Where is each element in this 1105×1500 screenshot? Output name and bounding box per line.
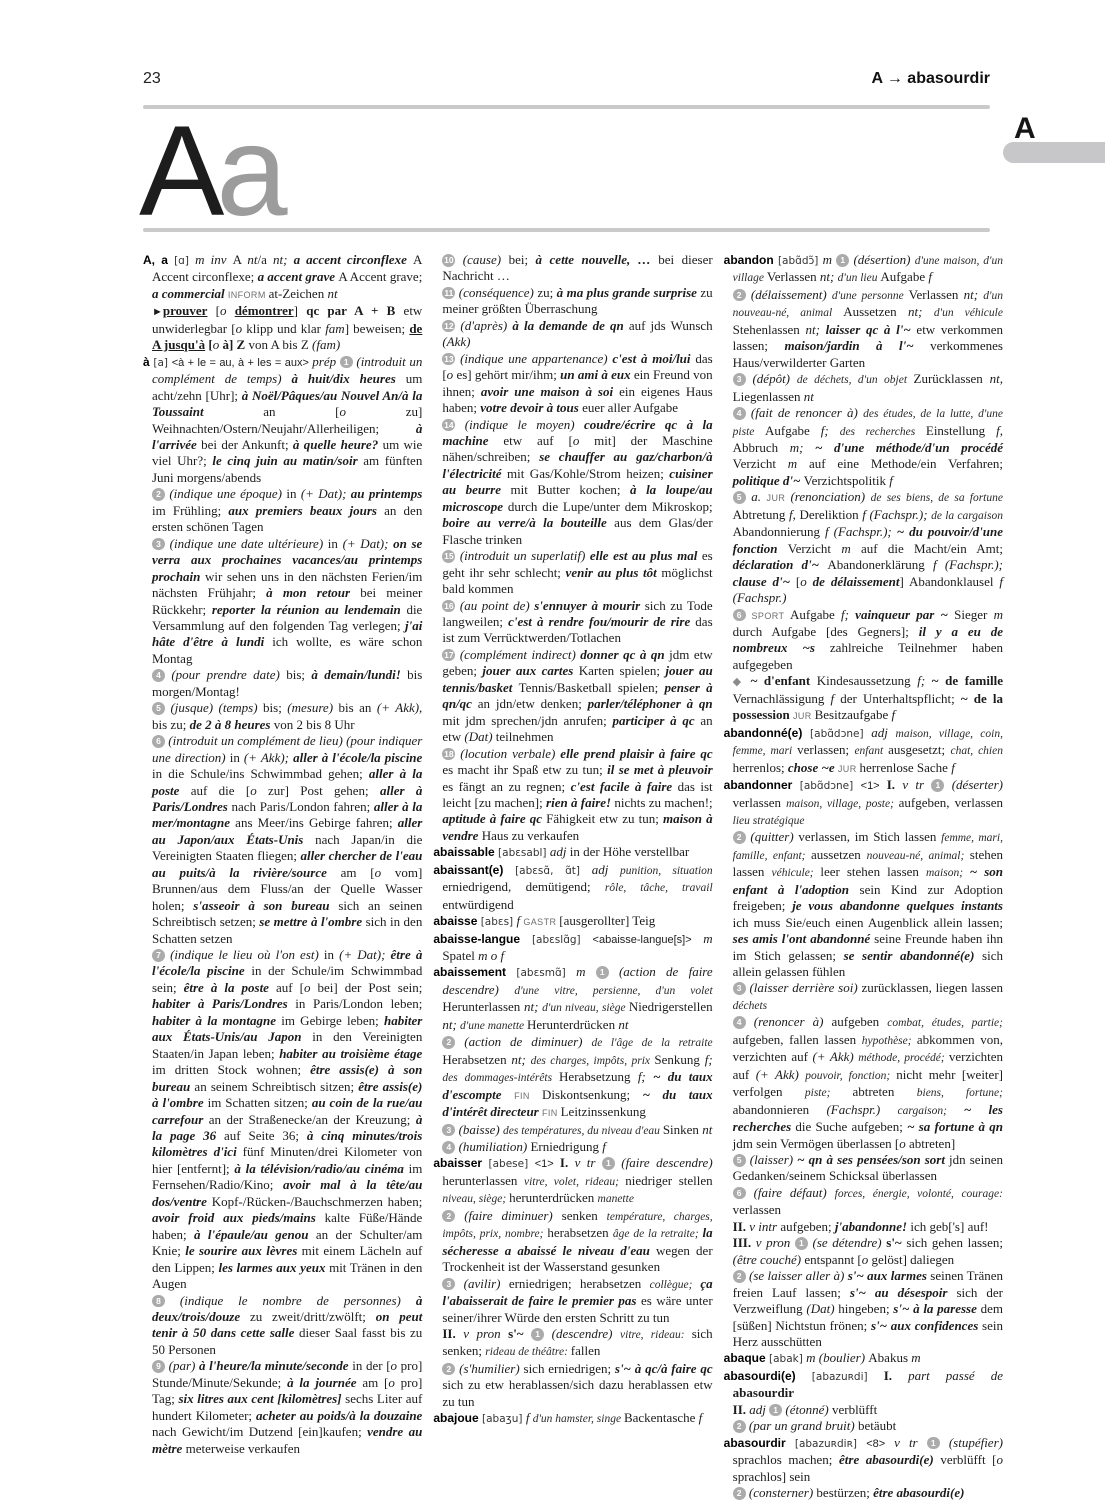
text-run-i: (au point de) — [455, 598, 534, 613]
sense-number-badge: 17 — [442, 649, 455, 662]
text-run-i: (conséquence) — [455, 285, 537, 300]
text-run-r: Besitzaufgabe — [815, 707, 892, 722]
text-run-bi: il se met à pleuvoir — [607, 762, 713, 777]
sense-number-badge: 1 — [795, 1237, 808, 1250]
text-run-is: d'une manette — [460, 1020, 527, 1032]
text-run-b: s'~ — [508, 1326, 531, 1341]
text-run-p: [abazuʀdiʀ] — [795, 1438, 866, 1450]
text-run-r: verlassen — [733, 795, 786, 810]
text-run-r: jdm sein Vermögen überlassen [ — [733, 1136, 900, 1151]
text-run-r: es macht ihr Spaß etw zu tun; — [442, 762, 607, 777]
text-run-h: abaissable — [433, 845, 498, 859]
text-run-bi: elle est au plus mal — [590, 548, 702, 563]
text-run-i: (par) — [165, 1358, 199, 1373]
text-run-i: (fait de renoncer à) — [746, 405, 863, 420]
text-run-bi: s'asseoir à son bureau — [193, 898, 338, 913]
text-run-r: bis; — [286, 667, 311, 682]
text-run-r: in der [ — [352, 1358, 390, 1373]
sense-paragraph: 2 (délaissement) d'une personne Verlasse… — [724, 287, 1003, 371]
text-run-i: f; — [638, 1069, 653, 1084]
sense-paragraph: 5 (jusque) (temps) bis; (mesure) bis an … — [143, 700, 422, 733]
sense-paragraph: 8 (indique le nombre de personnes) à deu… — [143, 1293, 422, 1359]
sense-number-badge: 1 — [836, 254, 849, 267]
text-run-r: herunterdrücken — [509, 1190, 597, 1205]
text-run-b: II. — [733, 1219, 750, 1234]
text-run-r: mit Gas/Kohle/Strom heizen; — [507, 466, 669, 481]
text-run-i: m — [823, 252, 837, 267]
text-run-p: [abɑ̃dɔne] — [800, 780, 861, 792]
text-run-bi: jouer aux cartes — [482, 663, 578, 678]
sense-number-badge: 18 — [442, 748, 455, 761]
sense-paragraph: 2 (consterner) bestürzen; être abasourdi… — [724, 1485, 1003, 1500]
text-run-bi: participer à qc — [612, 713, 700, 728]
text-run-i: f, — [996, 423, 1003, 438]
sense-paragraph: 16 (au point de) s'ennuyer à mourir sich… — [433, 598, 712, 647]
text-run-r: zu; — [537, 285, 556, 300]
text-run-i: f — [602, 1139, 606, 1154]
text-run-r: niedriger stellen — [625, 1173, 712, 1188]
text-run-bi: avoir une maison à soi — [481, 384, 619, 399]
text-run-is: d'un lieu — [838, 272, 881, 284]
text-run-i: prép — [312, 354, 339, 369]
text-run-p: [a] — [153, 357, 171, 369]
text-run-r: am [ — [341, 865, 375, 880]
text-run-b: qc par A + B — [306, 303, 403, 318]
text-run-i: nt — [327, 286, 337, 301]
sense-number-badge: 2 — [442, 1363, 455, 1376]
text-run-i: (renoncer à) — [746, 1014, 832, 1029]
text-run-r: sprachlos] sein — [733, 1469, 811, 1484]
text-run-i: f; — [917, 673, 932, 688]
sense-paragraph: 18 (locution verbale) elle prend plaisir… — [433, 746, 712, 845]
text-run-r: im Gebirge leben; — [281, 1013, 384, 1028]
text-run-bi: à la télévision/radio/au cinéma — [234, 1161, 408, 1176]
text-run-r: in — [324, 947, 339, 962]
text-run-r: Diskontsenkung; — [542, 1087, 643, 1102]
sense-number-badge: 13 — [442, 353, 455, 366]
sense-paragraph: 17 (complément indirect) donner qc à qn … — [433, 647, 712, 746]
dictionary-entry: abaissement [abɛsmɑ̃] m 1 (action de fai… — [433, 964, 712, 1034]
sense-paragraph: 2 (s'humilier) sich erniedrigen; s'~ à q… — [433, 1361, 712, 1410]
text-run-bi: ~ qn à ses pensées/son sort — [797, 1152, 949, 1167]
text-run-r: abandonnieren — [733, 1102, 827, 1117]
text-run-bi: à huit/dix heures — [291, 371, 405, 386]
text-run-i: m inv — [195, 252, 232, 267]
sense-number-badge: 5 — [733, 491, 746, 504]
text-run-i: o — [997, 1452, 1004, 1467]
text-run-r: meterweise verkaufen — [186, 1441, 300, 1456]
sense-number-badge: 2 — [733, 289, 746, 302]
text-run-bi: a commercial — [152, 286, 228, 301]
dictionary-entry: abaque [abak] m (boulier) Abakus m — [724, 1350, 1003, 1367]
sense-paragraph: 9 (par) à l'heure/la minute/seconde in d… — [143, 1358, 422, 1457]
text-run-i: (étonné) — [782, 1402, 832, 1417]
text-run-h: abaissement — [433, 965, 516, 979]
dictionary-entry: abasourdi(e) [abazuʀdi] I. part passé de… — [724, 1368, 1003, 1402]
text-run-r: in — [286, 486, 300, 501]
text-run-dia: ◆ — [733, 676, 751, 688]
text-run-bi: maison/jardin à l'~ — [784, 338, 930, 353]
text-run-b: II. — [442, 1326, 463, 1341]
text-run-bi: les larmes aux yeux — [218, 1260, 329, 1275]
text-run-bi: laisser qc à l'~ — [826, 322, 917, 337]
text-run-i: (indique le lieu où l'on est) — [165, 947, 324, 962]
sense-number-badge: 2 — [733, 1487, 746, 1500]
text-run-bi: à cette nouvelle, … — [536, 252, 659, 267]
text-run-r: abtreten] — [906, 1136, 955, 1151]
text-run-r: fallen — [571, 1343, 601, 1358]
text-run-is: véhicule; — [772, 867, 821, 879]
text-run-r: Haus zu verkaufen — [482, 828, 579, 843]
text-run-i: (Fachspr.) — [826, 1102, 897, 1117]
text-run-i: (introduit un superlatif) — [455, 548, 589, 563]
text-run-p: [abɛs] — [481, 916, 517, 928]
text-run-is: punition, situation — [620, 865, 713, 877]
text-run-g: <1> — [861, 780, 887, 792]
text-run-bi: le sourire aux lèvres — [185, 1243, 301, 1258]
text-run-r: Erniedrigung — [530, 1139, 602, 1154]
text-run-r: Verzicht — [788, 541, 842, 556]
text-run-i: v pron — [756, 1235, 795, 1250]
sense-number-badge: 9 — [152, 1360, 165, 1373]
text-run-i: (délaissement) — [746, 287, 832, 302]
sense-number-badge: 1 — [769, 1404, 782, 1417]
column-3: abandon [abɑ̃dɔ̃] m 1 (désertion) d'une … — [724, 252, 1003, 1500]
text-run-p: [abɛsmɑ̃] — [516, 967, 576, 979]
text-run-sc: JUR — [767, 493, 791, 503]
sense-paragraph: 6 (faire défaut) forces, énergie, volont… — [724, 1185, 1003, 1219]
text-run-i: adj — [749, 1402, 769, 1417]
sense-paragraph: 2 (quitter) verlassen, im Stich lassen f… — [724, 829, 1003, 980]
text-run-bi: déclaration d'~ — [733, 557, 828, 572]
text-run-i: v tr — [894, 1435, 927, 1450]
text-run-r: auf [ — [276, 980, 304, 995]
text-run-is: vitre, volet, rideau; — [524, 1176, 625, 1188]
text-run-r: Aufgabe — [790, 607, 841, 622]
sense-paragraph: 4 (renoncer à) aufgeben combat, études, … — [724, 1014, 1003, 1152]
text-run-p: [abɑ̃dɔ̃] — [778, 255, 823, 267]
text-run-i: (dépôt) — [746, 371, 797, 386]
text-run-is: rôle, tâche, travail — [605, 882, 713, 894]
text-run-is: maison; — [926, 867, 970, 879]
text-run-b: ~ de famille — [932, 673, 1003, 688]
text-run-r: verblüfft [ — [940, 1452, 996, 1467]
sense-number-badge: 1 — [531, 1328, 544, 1341]
text-run-r: Fähigkeit etw zu tun; — [546, 811, 663, 826]
text-run-r: Kindesaussetzung — [817, 673, 917, 688]
sense-number-badge: 3 — [152, 538, 165, 551]
text-run-bi: être abasourdi(e) — [873, 1485, 964, 1500]
text-run-r: Herunterlassen — [442, 999, 524, 1014]
sense-paragraph: 3 (indique une date ultérieure) in (+ Da… — [143, 536, 422, 668]
text-run-r: im Frühling; — [152, 503, 228, 518]
text-run-bi: se mettre à l'ombre — [259, 914, 365, 929]
sense-paragraph: 5 (laisser) ~ qn à ses pensées/son sort … — [724, 1152, 1003, 1185]
sense-paragraph: 11 (conséquence) zu; à ma plus grande su… — [433, 285, 712, 318]
text-run-b: II. — [733, 1402, 750, 1417]
text-run-i: f, — [789, 507, 799, 522]
text-run-r: zu zweit/dritt/zwölft; — [250, 1309, 376, 1324]
text-run-r: Senkung — [654, 1052, 704, 1067]
column-1: A, a [ɑ] m inv A nt/a nt; a accent circo… — [143, 252, 422, 1500]
text-run-i: fam — [325, 321, 345, 336]
text-run-bi: c'est à moi/lui — [612, 351, 695, 366]
sense-number-badge: 1 — [602, 1157, 615, 1170]
text-run-r: Abandonerklärung — [827, 557, 933, 572]
text-run-r: zurücklassen, liegen lassen — [861, 980, 1003, 995]
text-run-bi: je vous abandonne quelques instants — [792, 898, 1003, 913]
text-run-r: Kopf-/Rücken-/Bauchschmerzen haben; — [212, 1194, 423, 1209]
sense-number-badge: 6 — [152, 735, 165, 748]
text-run-i: nt; — [964, 287, 984, 302]
text-run-r: der Unterhaltspflicht; — [840, 691, 961, 706]
text-run-r: bei; — [509, 252, 536, 267]
text-run-bi: chose ~e — [788, 760, 838, 775]
text-run-is: collègue; — [650, 1279, 701, 1291]
text-run-i: m — [911, 1350, 920, 1365]
text-run-r: in Paris/London leben; — [295, 996, 422, 1011]
text-run-h: abaissant(e) — [433, 863, 515, 877]
text-run-h: abaisser — [433, 1156, 488, 1170]
text-run-bi: reporter la réunion au lendemain — [212, 602, 407, 617]
text-run-bi: à la demande de qn — [512, 318, 628, 333]
text-run-is: pouvoir, fonction; — [805, 1070, 896, 1082]
sense-paragraph: 2 (par un grand bruit) betäubt — [724, 1418, 1003, 1434]
text-run-i: (+ Akk) — [812, 1049, 858, 1064]
text-run-bi: s'~ à la paresse — [893, 1301, 980, 1316]
text-run-bi: boire au verre/à la bouteille — [442, 515, 614, 530]
sense-number-badge: 3 — [733, 982, 746, 995]
text-run-r: auf Seite 36; — [224, 1128, 307, 1143]
text-run-r: ] — [294, 303, 307, 318]
text-run-r: hingeben; — [838, 1301, 893, 1316]
text-run-i: nt — [618, 1017, 628, 1032]
text-run-i: v tr — [902, 777, 931, 792]
text-run-r: Niedrigerstellen — [629, 999, 713, 1014]
text-run-i: adj — [592, 862, 620, 877]
text-run-bi: ~ sa fortune à qn — [907, 1119, 1003, 1134]
sense-number-badge: 8 — [152, 1295, 165, 1308]
text-run-is: combat, études, partie; — [887, 1017, 1003, 1029]
text-run-r: nichts zu machen!; — [614, 795, 712, 810]
text-run-r: sich zu etw herablassen/sich dazu herabl… — [442, 1377, 712, 1408]
text-run-is: nouveau-né, animal; — [867, 850, 970, 862]
text-run-i: adj — [871, 725, 895, 740]
sense-number-badge: 16 — [442, 600, 455, 613]
text-run-r: teilnehmen — [496, 729, 554, 744]
text-run-bi: aller à l'école/la piscine — [293, 750, 422, 765]
text-run-r: am [ — [362, 1375, 388, 1390]
sense-number-badge: 6 — [733, 1187, 746, 1200]
text-run-is: maison, village, poste; — [786, 798, 899, 810]
text-run-i: f — [951, 760, 955, 775]
text-run-is: d'une vitre, persienne, d'un volet — [514, 985, 712, 997]
text-run-r: Sieger — [954, 607, 993, 622]
text-run-p: [ɑ] — [174, 255, 195, 267]
text-run-bi: habiter au troisième étage — [279, 1046, 422, 1061]
text-run-r: sich gehen lassen; — [906, 1235, 1003, 1250]
text-run-bi: donner qc à qn — [580, 647, 669, 662]
sense-number-badge: 5 — [733, 1154, 746, 1167]
text-run-bi: c'est facile à faire — [571, 779, 678, 794]
text-run-i: m — [841, 541, 861, 556]
text-run-r: euer aller Aufgabe — [582, 400, 678, 415]
text-run-r: verlassen; — [797, 742, 854, 757]
text-run-h: abandonné(e) — [724, 726, 810, 740]
page-number: 23 — [143, 70, 161, 88]
text-run-bi: à demain/lundi! — [311, 667, 407, 682]
text-run-p: [abazuʀdi] — [812, 1371, 884, 1383]
text-run-b: s'~ — [886, 1235, 906, 1250]
text-run-is: manette — [598, 1193, 634, 1205]
text-run-i: (action de diminuer) — [455, 1034, 591, 1049]
text-run-sc: FIN — [542, 1108, 561, 1118]
text-run-bi: habiter à la montagne — [152, 1013, 281, 1028]
text-run-bi: acheter au poids/à la douzaine — [256, 1408, 422, 1423]
text-run-i: v pron — [463, 1326, 508, 1341]
sense-paragraph: 14 (indique le moyen) coudre/écrire qc à… — [433, 417, 712, 549]
text-run-bi: être abasourdi(e) — [839, 1452, 940, 1467]
sense-number-badge: 3 — [733, 373, 746, 386]
text-run-i: f — [889, 473, 893, 488]
text-run-bi: six litres aux cent [kilomètres] — [179, 1391, 346, 1406]
text-run-i: (indique le moyen) — [455, 417, 584, 432]
sense-paragraph: 15 (introduit un superlatif) elle est au… — [433, 548, 712, 597]
text-run-is: de l'âge de la retraite — [591, 1037, 712, 1049]
text-run-bi: venir au plus tôt — [566, 565, 662, 580]
text-run-i: f; — [821, 423, 840, 438]
text-run-r: Aufgabe — [880, 269, 928, 284]
sense-paragraph: 7 (indique le lieu où l'on est) in (+ Da… — [143, 947, 422, 1293]
text-run-b: I. — [884, 1368, 908, 1383]
sense-number-badge: 4 — [733, 1016, 746, 1029]
sense-number-badge: 7 — [152, 949, 165, 962]
text-run-is: chat, chien — [950, 745, 1003, 757]
text-run-i: f; — [841, 607, 855, 622]
text-run-bi: j'abandonne! — [835, 1219, 911, 1234]
sense-number-badge: 3 — [442, 1278, 455, 1291]
text-run-i: nt — [804, 389, 814, 404]
text-run-r: abtreten — [852, 1084, 916, 1099]
text-run-i: (cause) — [455, 252, 508, 267]
text-run-i: f (Fachspr.); — [933, 557, 1003, 572]
text-run-is: déchets — [733, 1000, 767, 1012]
sense-paragraph: 2 (indique une époque) in (+ Dat); au pr… — [143, 486, 422, 535]
text-run-i: f — [699, 1410, 703, 1425]
text-run-bi: se sentir abandonné(e) — [844, 948, 982, 963]
text-run-i: a. — [746, 489, 767, 504]
text-run-i: (laisser derrière soi) — [746, 980, 862, 995]
text-run-i: nt; — [820, 269, 838, 284]
dictionary-entry: abandonné(e) [abɑ̃dɔne] adj maison, vill… — [724, 725, 1003, 777]
text-run-r: senken — [562, 1208, 607, 1223]
text-run-r: [ausgerollter] Teig — [559, 913, 655, 928]
text-run-r: aufgeben; — [780, 1219, 835, 1234]
sense-paragraph: 3 (laisser derrière soi) zurücklassen, l… — [724, 980, 1003, 1014]
text-run-i: (+ Dat); — [301, 486, 351, 501]
dictionary-entry: abajoue [abaʒu] f d'un hamster, singe Ba… — [433, 1410, 712, 1427]
text-run-r: aufgeben — [832, 1014, 888, 1029]
text-run-r: verlassen, im Stich lassen — [798, 829, 941, 844]
sense-number-badge: 12 — [442, 320, 455, 333]
text-run-h: abandonner — [724, 778, 800, 792]
text-run-r: A — [233, 252, 248, 267]
text-run-i: (complément indirect) — [455, 647, 580, 662]
text-run-r: entwürdigend — [442, 897, 513, 912]
text-run-i: (avilir) — [455, 1276, 508, 1291]
text-run-bi: au printemps — [351, 486, 423, 501]
text-run-r: Stehenlassen — [733, 322, 806, 337]
text-run-i: f — [928, 269, 932, 284]
text-run-i: v intr — [749, 1219, 780, 1234]
text-run-r: mit Butter kochen; — [511, 482, 631, 497]
text-run-h: abasourdir — [724, 1436, 795, 1450]
text-run-i: part passé de — [908, 1368, 1003, 1383]
sense-paragraph: 2 (se laisser aller à) s'~ aux larmes se… — [724, 1268, 1003, 1350]
text-run-bi: a accent grave — [258, 269, 339, 284]
text-run-is: des dommages-intérêts — [442, 1072, 559, 1084]
text-run-i: (faire descendre) — [615, 1155, 713, 1170]
text-run-i: (jusque) (temps) — [165, 700, 263, 715]
text-run-i: (faire diminuer) — [455, 1208, 561, 1223]
text-run-i: m (boulier) — [806, 1350, 868, 1365]
text-run-r: herrenlos; — [733, 760, 788, 775]
text-run-bi: s'~ au désespoir — [850, 1285, 957, 1300]
sense-number-badge: 5 — [152, 702, 165, 715]
text-run-i: (s'humilier) — [455, 1361, 523, 1376]
sense-number-badge: 1 — [596, 966, 609, 979]
sense-number-badge: 4 — [733, 407, 746, 420]
text-run-r: Abakus — [868, 1350, 911, 1365]
text-run-r: Verlassen — [909, 287, 964, 302]
text-run-bi: c'est à rendre fou/mourir de rire — [508, 614, 695, 629]
text-run-r: Aufgabe — [765, 423, 821, 438]
text-run-bi: elle prend plaisir à faire qc — [560, 746, 712, 761]
text-run-r: Spatel — [442, 948, 478, 963]
text-run-i: (+ Akk) — [756, 1067, 806, 1082]
text-run-i: nt; — [442, 1017, 460, 1032]
dictionary-entry: abaissant(e) [abɛsɑ̃, ɑ̃t] adj punition,… — [433, 862, 712, 913]
text-run-r: Herabsetzung — [559, 1069, 638, 1084]
text-run-r: auf die [ — [191, 783, 250, 798]
text-run-r: herabsetzen — [547, 1225, 613, 1240]
sense-paragraph: ◆ ~ d'enfant Kindesaussetzung f; ~ de fa… — [724, 673, 1003, 724]
text-run-i: nt; — [806, 322, 826, 337]
text-run-i: f — [831, 691, 841, 706]
text-run-i: m — [576, 964, 596, 979]
sense-number-badge: 2 — [442, 1036, 455, 1049]
banner-letter-uppercase: A — [139, 100, 224, 243]
text-run-g: <abaisse-langue[s]> — [593, 934, 704, 946]
text-run-r: auf jds Wunsch — [629, 318, 713, 333]
text-run-i: (+ Dat); — [339, 947, 390, 962]
text-run-r: in der Höhe verstellbar — [570, 844, 689, 859]
text-run-i: (fam) — [312, 337, 340, 352]
text-run-bi: rien à faire! — [546, 795, 614, 810]
text-run-h: A, a — [143, 253, 174, 267]
text-run-i: (laisser) — [746, 1152, 798, 1167]
sense-number-badge: 4 — [442, 1141, 455, 1154]
text-run-r: Dereliktion — [799, 507, 862, 522]
text-run-i: (quitter) — [746, 829, 799, 844]
text-run-i: (être couché) — [733, 1252, 805, 1267]
text-run-i: (d'après) — [455, 318, 512, 333]
text-run-r: die Suche aufgeben; — [795, 1119, 907, 1134]
text-run-b: abasourdir — [733, 1385, 794, 1400]
sense-number-badge: 2 — [733, 831, 746, 844]
text-run-r: es fängt an zu regnen; — [442, 779, 570, 794]
text-run-r — [226, 303, 234, 318]
